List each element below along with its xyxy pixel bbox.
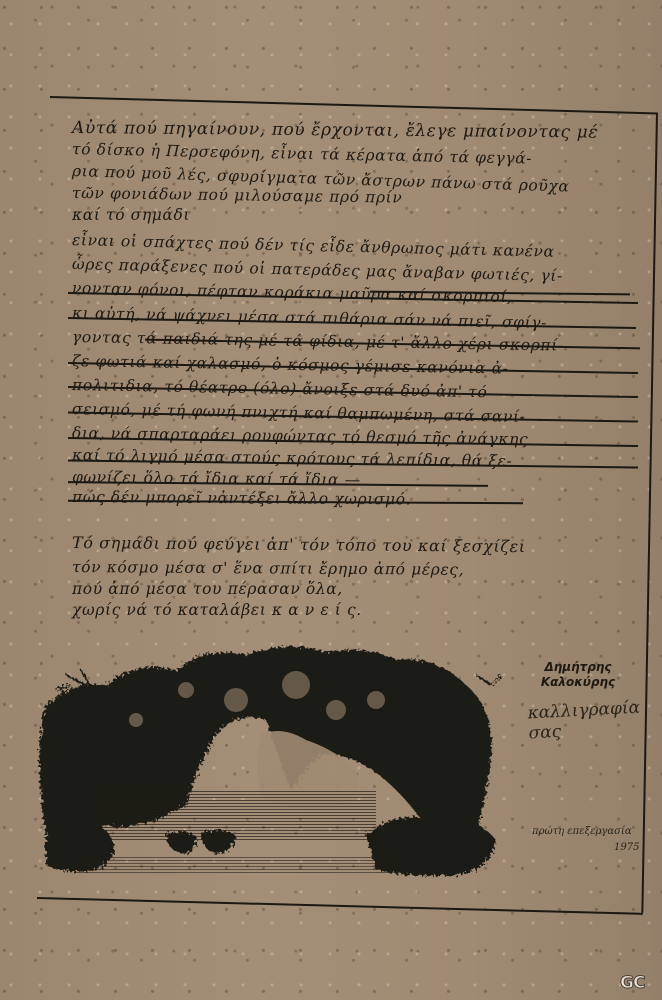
caption-year: 1975 <box>614 842 639 853</box>
poem-line: Αὐτά πού πηγαίνουν, πού ἔρχονται, ἔλεγε … <box>72 118 598 143</box>
poem-line: Τό σημάδι πού φεύγει ἀπ' τόν τόπο του κα… <box>72 533 526 556</box>
poem-line: χωρίς νά τό καταλάβει κ α ν ε ί ς. <box>72 601 362 619</box>
author-last-name: Καλοκύρης <box>528 675 628 690</box>
poem-line: πού ἀπό μέσα του πέρασαν ὅλα, <box>72 580 343 598</box>
frame-bottom-border <box>37 897 643 915</box>
poem-line: τόν κόσμο μέσα σ' ἕνα σπίτι ἔρημο ἀπό μέ… <box>72 558 464 579</box>
handwritten-signature: καλλιγραφία σας <box>527 697 662 744</box>
poem-line: καί τό σημάδι <box>72 206 190 224</box>
engraving-illustration <box>36 640 506 880</box>
poem-line: καί τό λιγμό μέσα στούς κρότους τά λεπίδ… <box>72 446 513 470</box>
frame-top-border <box>50 96 658 114</box>
caption-note: πρώτη επεξεργασία <box>532 826 632 837</box>
poem-line: δια, νά σπαρταράει ρουφώντας τό θεσμό τῆ… <box>72 424 529 448</box>
author-name: Δημήτρης Καλοκύρης <box>528 660 628 690</box>
poem-line: πώς δέν μπορεῖ νἀντέξει ἄλλο χωρισμό. <box>72 488 411 508</box>
poem-line: τῶν φονιάδων πού μιλούσαμε πρό πρίν <box>72 184 403 207</box>
poem-line: φωνίζει ὅλο τά ἴδια καί τά ἴδια — <box>72 468 361 489</box>
author-first-name: Δημήτρης <box>528 660 628 675</box>
watermark-logo: GC <box>620 973 644 993</box>
frame-right-border <box>641 113 658 913</box>
